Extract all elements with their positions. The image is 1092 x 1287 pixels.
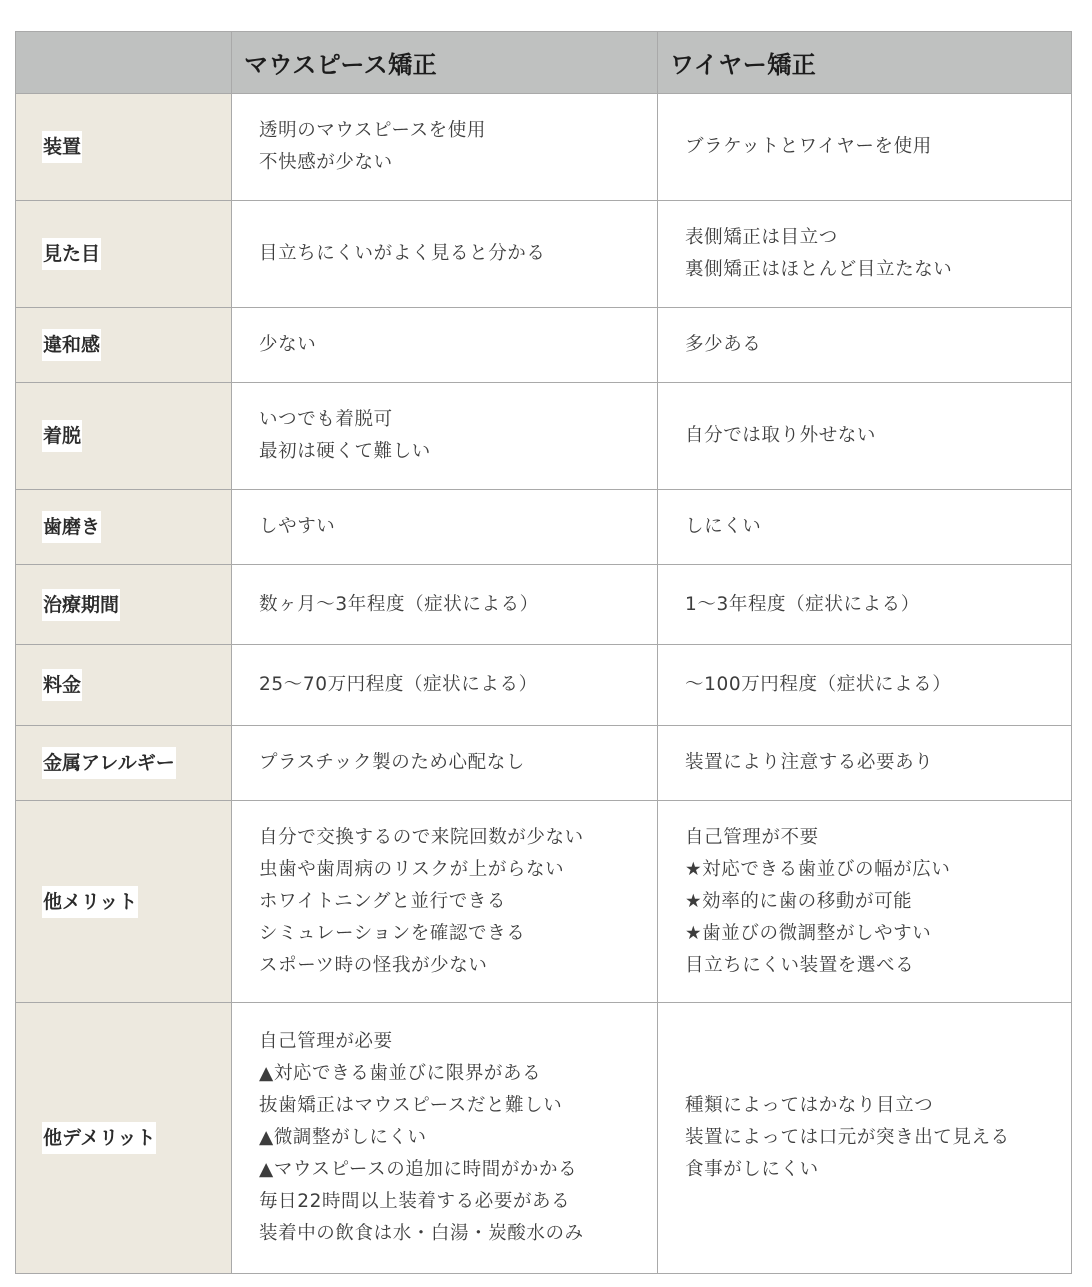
table-row: 見た目目立ちにくいがよく見ると分かる表側矯正は目立つ裏側矯正はほとんど目立たない bbox=[16, 201, 1072, 308]
mouthpiece-cell-line: 不快感が少ない bbox=[259, 147, 647, 179]
mouthpiece-cell-line: ▲マウスピースの追加に時間がかかる bbox=[259, 1154, 647, 1186]
mouthpiece-cell: 自分で交換するので来院回数が少ない虫歯や歯周病のリスクが上がらないホワイトニング… bbox=[232, 801, 658, 1003]
mouthpiece-cell-line: 目立ちにくいがよく見ると分かる bbox=[259, 238, 647, 270]
wire-cell-line: 多少ある bbox=[685, 329, 1061, 361]
wire-cell: ブラケットとワイヤーを使用 bbox=[658, 94, 1072, 201]
row-label-cell: 料金 bbox=[16, 645, 232, 726]
row-label: 違和感 bbox=[42, 329, 101, 361]
wire-cell-line: 表側矯正は目立つ bbox=[685, 222, 1061, 254]
mouthpiece-cell-line: スポーツ時の怪我が少ない bbox=[259, 950, 647, 982]
mouthpiece-cell: いつでも着脱可最初は硬くて難しい bbox=[232, 383, 658, 490]
wire-cell-line: 自分では取り外せない bbox=[685, 420, 1061, 452]
mouthpiece-cell-line: 自分で交換するので来院回数が少ない bbox=[259, 822, 647, 854]
wire-cell-line: 装置により注意する必要あり bbox=[685, 747, 1061, 779]
mouthpiece-cell: しやすい bbox=[232, 490, 658, 565]
table-row: 他メリット自分で交換するので来院回数が少ない虫歯や歯周病のリスクが上がらないホワ… bbox=[16, 801, 1072, 1003]
row-label: 金属アレルギー bbox=[42, 747, 176, 779]
row-label-cell: 金属アレルギー bbox=[16, 726, 232, 801]
mouthpiece-cell-line: 毎日22時間以上装着する必要がある bbox=[259, 1186, 647, 1218]
row-label-cell: 治療期間 bbox=[16, 565, 232, 645]
comparison-table-container: マウスピース矯正 ワイヤー矯正 装置透明のマウスピースを使用不快感が少ないブラケ… bbox=[15, 31, 1071, 1274]
wire-cell-line: 自己管理が不要 bbox=[685, 822, 1061, 854]
wire-cell: 種類によってはかなり目立つ装置によっては口元が突き出て見える食事がしにくい bbox=[658, 1003, 1072, 1274]
mouthpiece-cell-line: シミュレーションを確認できる bbox=[259, 918, 647, 950]
table-row: 治療期間数ヶ月〜3年程度（症状による）1〜3年程度（症状による） bbox=[16, 565, 1072, 645]
comparison-table: マウスピース矯正 ワイヤー矯正 装置透明のマウスピースを使用不快感が少ないブラケ… bbox=[15, 31, 1072, 1274]
wire-cell: しにくい bbox=[658, 490, 1072, 565]
header-mouthpiece: マウスピース矯正 bbox=[232, 32, 658, 94]
wire-cell: 〜100万円程度（症状による） bbox=[658, 645, 1072, 726]
table-row: 着脱いつでも着脱可最初は硬くて難しい自分では取り外せない bbox=[16, 383, 1072, 490]
wire-cell: 多少ある bbox=[658, 308, 1072, 383]
row-label-cell: 歯磨き bbox=[16, 490, 232, 565]
row-label: 他メリット bbox=[42, 886, 138, 918]
wire-cell: 自己管理が不要★対応できる歯並びの幅が広い★効率的に歯の移動が可能★歯並びの微調… bbox=[658, 801, 1072, 1003]
mouthpiece-cell: 自己管理が必要▲対応できる歯並びに限界がある抜歯矯正はマウスピースだと難しい▲微… bbox=[232, 1003, 658, 1274]
mouthpiece-cell-line: プラスチック製のため心配なし bbox=[259, 747, 647, 779]
wire-cell-line: 装置によっては口元が突き出て見える bbox=[685, 1122, 1061, 1154]
row-label: 治療期間 bbox=[42, 589, 120, 621]
mouthpiece-cell: プラスチック製のため心配なし bbox=[232, 726, 658, 801]
wire-cell-line: ★対応できる歯並びの幅が広い bbox=[685, 854, 1061, 886]
header-corner-cell bbox=[16, 32, 232, 94]
mouthpiece-cell: 少ない bbox=[232, 308, 658, 383]
wire-cell-line: 種類によってはかなり目立つ bbox=[685, 1090, 1061, 1122]
mouthpiece-cell-line: ▲対応できる歯並びに限界がある bbox=[259, 1058, 647, 1090]
table-body: 装置透明のマウスピースを使用不快感が少ないブラケットとワイヤーを使用見た目目立ち… bbox=[16, 94, 1072, 1274]
row-label: 見た目 bbox=[42, 238, 101, 270]
wire-cell-line: ★効率的に歯の移動が可能 bbox=[685, 886, 1061, 918]
mouthpiece-cell-line: 数ヶ月〜3年程度（症状による） bbox=[259, 589, 647, 621]
mouthpiece-cell-line: 25〜70万円程度（症状による） bbox=[259, 669, 647, 701]
row-label-cell: 見た目 bbox=[16, 201, 232, 308]
row-label: 歯磨き bbox=[42, 511, 101, 543]
wire-cell-line: しにくい bbox=[685, 511, 1061, 543]
wire-cell-line: 〜100万円程度（症状による） bbox=[685, 669, 1061, 701]
row-label: 他デメリット bbox=[42, 1122, 156, 1154]
mouthpiece-cell-line: 少ない bbox=[259, 329, 647, 361]
table-row: 料金25〜70万円程度（症状による）〜100万円程度（症状による） bbox=[16, 645, 1072, 726]
row-label-cell: 装置 bbox=[16, 94, 232, 201]
row-label-cell: 違和感 bbox=[16, 308, 232, 383]
row-label-cell: 着脱 bbox=[16, 383, 232, 490]
mouthpiece-cell-line: 装着中の飲食は水・白湯・炭酸水のみ bbox=[259, 1218, 647, 1250]
mouthpiece-cell: 数ヶ月〜3年程度（症状による） bbox=[232, 565, 658, 645]
wire-cell: 装置により注意する必要あり bbox=[658, 726, 1072, 801]
table-row: 他デメリット自己管理が必要▲対応できる歯並びに限界がある抜歯矯正はマウスピースだ… bbox=[16, 1003, 1072, 1274]
wire-cell-line: 食事がしにくい bbox=[685, 1154, 1061, 1186]
mouthpiece-cell-line: 透明のマウスピースを使用 bbox=[259, 115, 647, 147]
mouthpiece-cell: 25〜70万円程度（症状による） bbox=[232, 645, 658, 726]
table-row: 歯磨きしやすいしにくい bbox=[16, 490, 1072, 565]
table-row: 装置透明のマウスピースを使用不快感が少ないブラケットとワイヤーを使用 bbox=[16, 94, 1072, 201]
wire-cell-line: ブラケットとワイヤーを使用 bbox=[685, 131, 1061, 163]
wire-cell: 1〜3年程度（症状による） bbox=[658, 565, 1072, 645]
table-row: 違和感少ない多少ある bbox=[16, 308, 1072, 383]
wire-cell: 表側矯正は目立つ裏側矯正はほとんど目立たない bbox=[658, 201, 1072, 308]
mouthpiece-cell-line: いつでも着脱可 bbox=[259, 404, 647, 436]
table-header-row: マウスピース矯正 ワイヤー矯正 bbox=[16, 32, 1072, 94]
row-label: 装置 bbox=[42, 131, 82, 163]
mouthpiece-cell-line: 抜歯矯正はマウスピースだと難しい bbox=[259, 1090, 647, 1122]
wire-cell-line: 裏側矯正はほとんど目立たない bbox=[685, 254, 1061, 286]
row-label: 料金 bbox=[42, 669, 82, 701]
wire-cell-line: ★歯並びの微調整がしやすい bbox=[685, 918, 1061, 950]
mouthpiece-cell-line: ▲微調整がしにくい bbox=[259, 1122, 647, 1154]
wire-cell: 自分では取り外せない bbox=[658, 383, 1072, 490]
row-label-cell: 他デメリット bbox=[16, 1003, 232, 1274]
wire-cell-line: 1〜3年程度（症状による） bbox=[685, 589, 1061, 621]
table-row: 金属アレルギープラスチック製のため心配なし装置により注意する必要あり bbox=[16, 726, 1072, 801]
row-label: 着脱 bbox=[42, 420, 82, 452]
mouthpiece-cell-line: 自己管理が必要 bbox=[259, 1026, 647, 1058]
row-label-cell: 他メリット bbox=[16, 801, 232, 1003]
mouthpiece-cell-line: ホワイトニングと並行できる bbox=[259, 886, 647, 918]
mouthpiece-cell-line: しやすい bbox=[259, 511, 647, 543]
wire-cell-line: 目立ちにくい装置を選べる bbox=[685, 950, 1061, 982]
mouthpiece-cell: 透明のマウスピースを使用不快感が少ない bbox=[232, 94, 658, 201]
mouthpiece-cell-line: 虫歯や歯周病のリスクが上がらない bbox=[259, 854, 647, 886]
mouthpiece-cell: 目立ちにくいがよく見ると分かる bbox=[232, 201, 658, 308]
mouthpiece-cell-line: 最初は硬くて難しい bbox=[259, 436, 647, 468]
header-wire: ワイヤー矯正 bbox=[658, 32, 1072, 94]
